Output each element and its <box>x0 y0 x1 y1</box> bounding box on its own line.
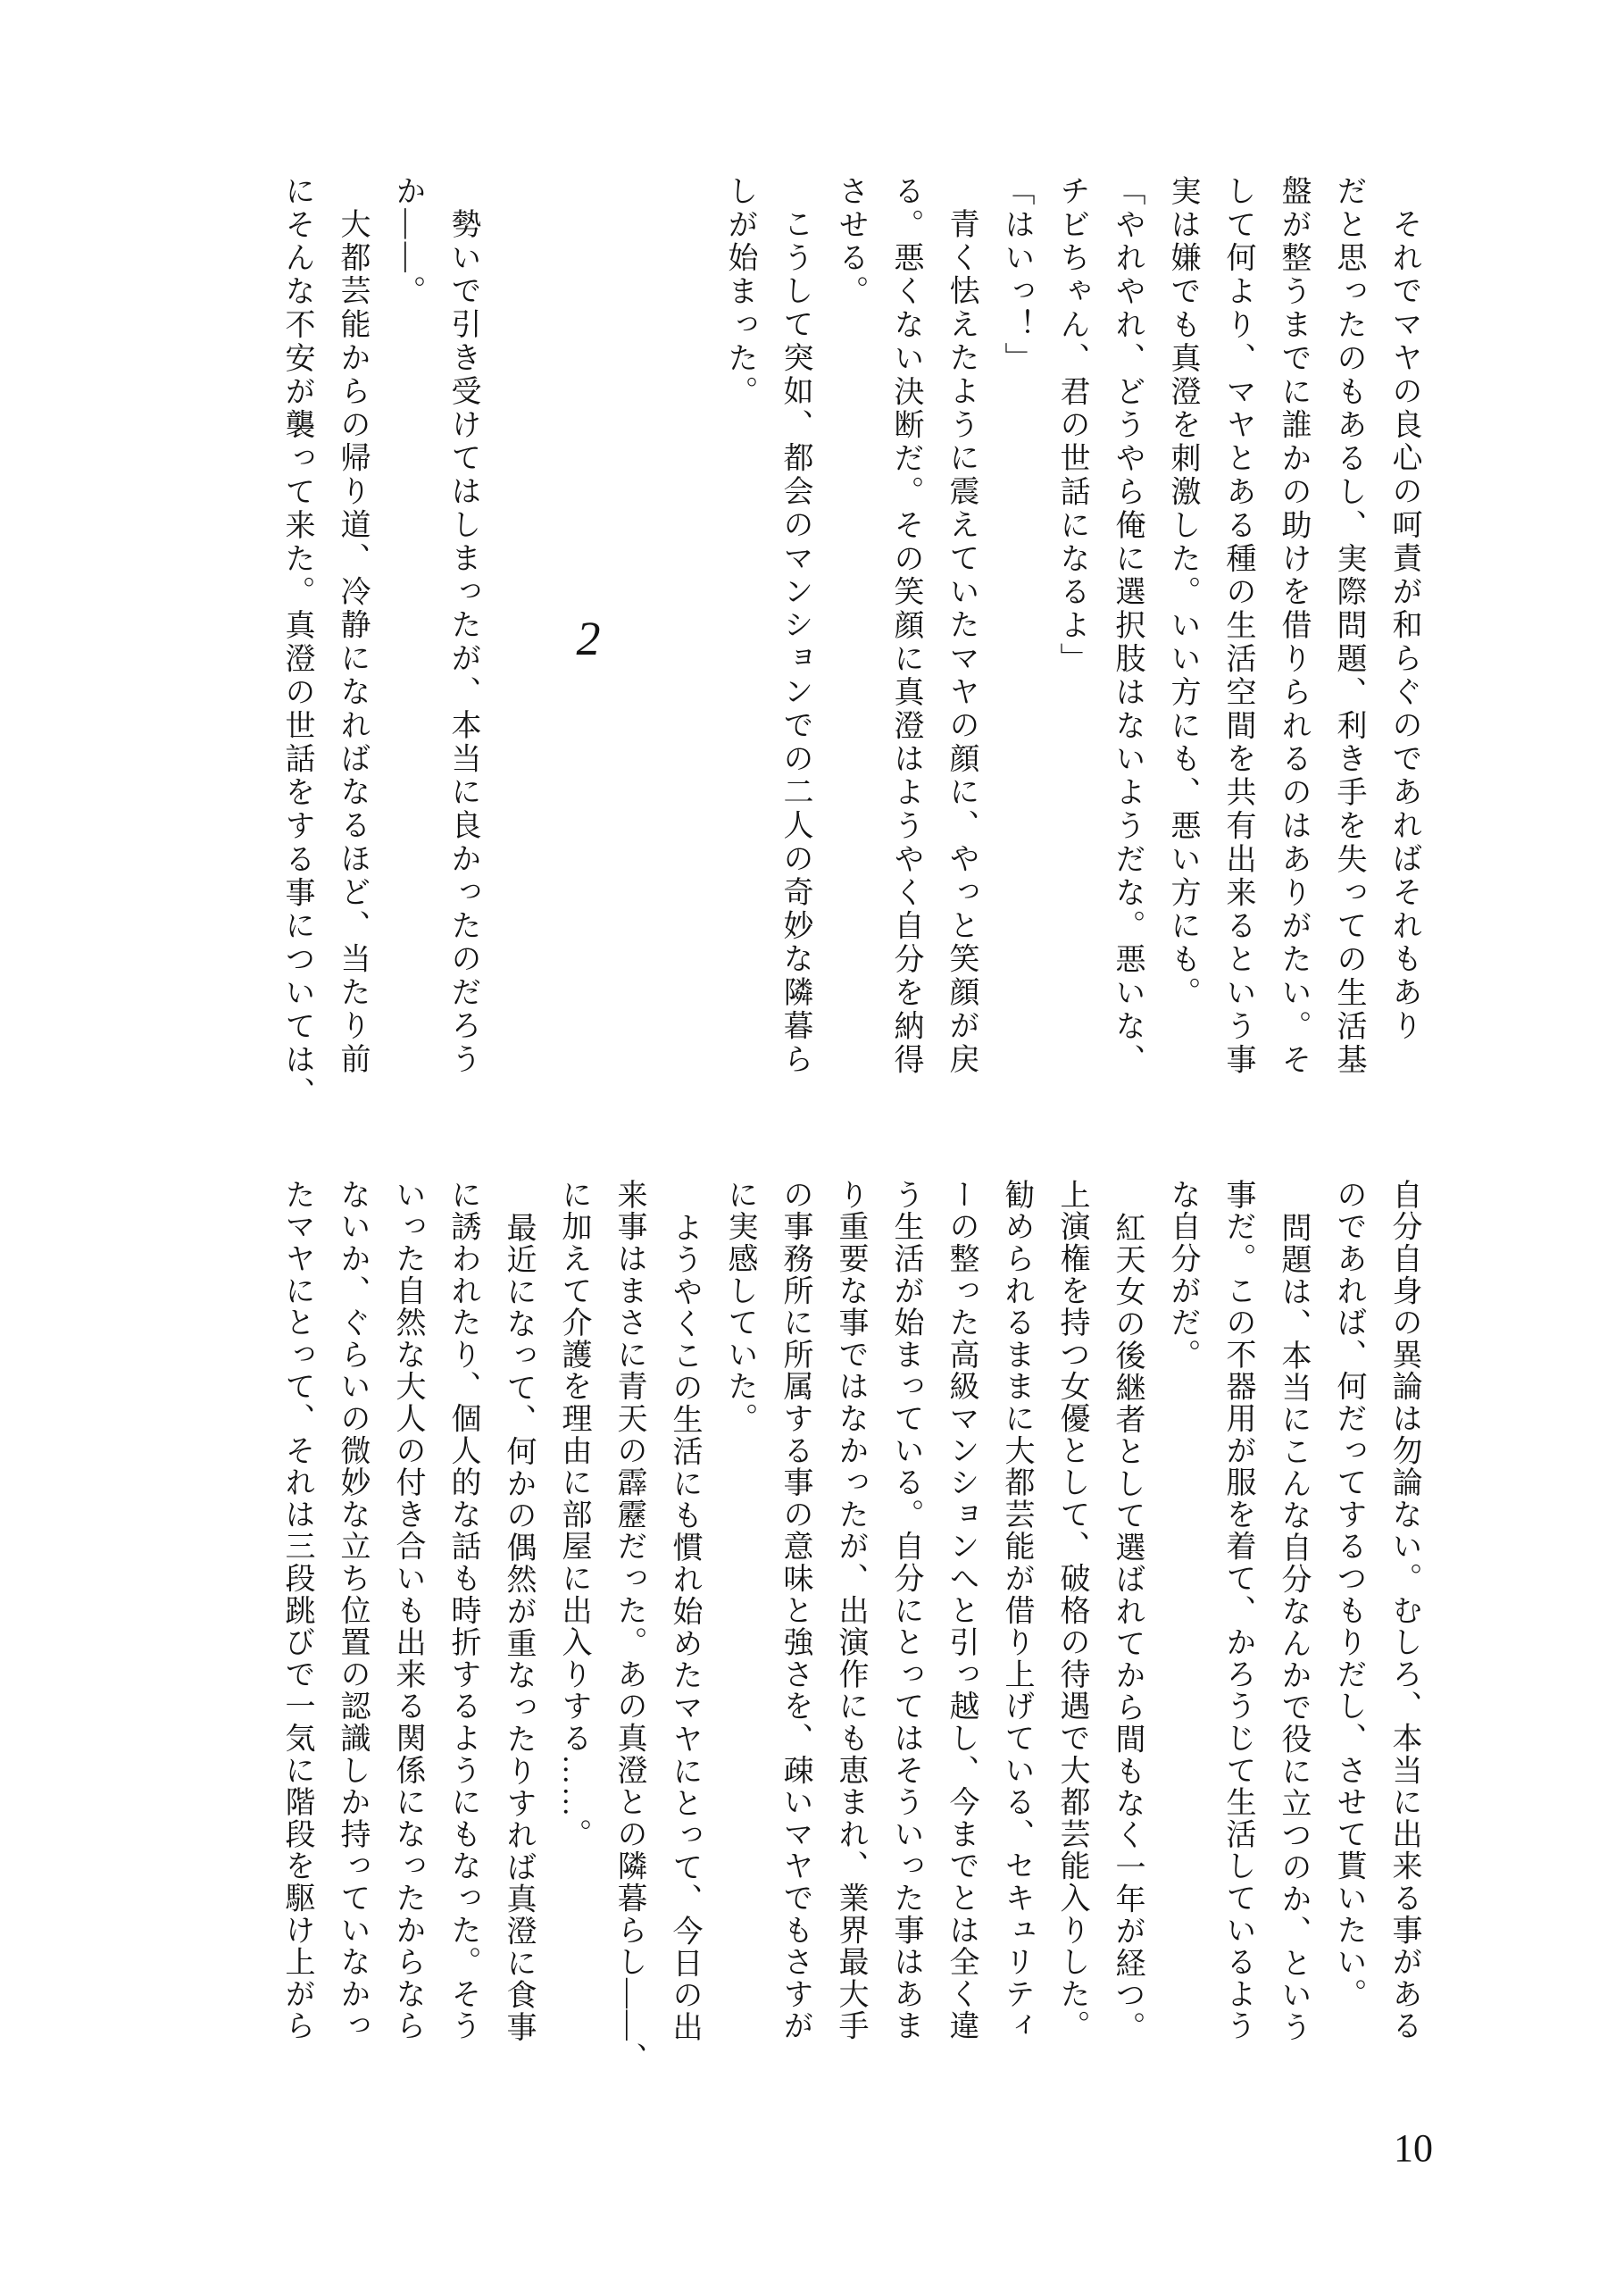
text-column: 事だ。この不器用が服を着て、かろうじて生活しているよう <box>1220 1179 1254 2042</box>
text-column: いった自然な大人の付き合いも出来る関係になったからなら <box>390 1179 424 2042</box>
text-column: チビちゃん、君の世話になるよ」 <box>1054 175 1088 676</box>
text-column: のであれば、何だってするつもりだし、させて貰いたい。 <box>1331 1179 1365 2010</box>
text-column: に実感していた。 <box>722 1179 756 1434</box>
text-column: たマヤにとって、それは三段跳びで一気に階段を駆け上がら <box>279 1179 313 2042</box>
section-divider-number: 2 <box>561 614 616 663</box>
text-column: 勧められるままに大都芸能が借り上げている、セキュリティ <box>999 1179 1033 2042</box>
text-column: 自分自身の異論は勿論ない。むしろ、本当に出来る事がある <box>1387 1179 1420 2042</box>
text-column: 青く怯えたように震えていたマヤの顔に、やっと笑顔が戻 <box>944 175 978 1076</box>
text-column: 問題は、本当にこんな自分なんかで役に立つのか、という <box>1276 1179 1310 2043</box>
text-column: 盤が整うまでに誰かの助けを借りられるのはありがたい。そ <box>1276 175 1310 1077</box>
bottom-text-block: 自分自身の異論は勿論ない。むしろ、本当に出来る事があるのであれば、何だってするつ… <box>279 1179 1420 2063</box>
text-column: ようやくこの生活にも慣れ始めたマヤにとって、今日の出 <box>667 1179 701 2043</box>
text-column: 「はいっ！」 <box>999 175 1033 375</box>
text-column: ないか、ぐらいの微妙な立ち位置の認識しか持っていなかっ <box>335 1179 369 2042</box>
top-text-block: それでマヤの良心の呵責が和らぐのであればそれもありだと思ったのもあるし、実際問題… <box>279 175 1420 1111</box>
text-column: しが始まった。 <box>722 175 756 409</box>
text-column: の事務所に所属する事の意味と強さを、疎いマヤでもさすが <box>778 1179 812 2042</box>
text-column: 紅天女の後継者として選ばれてから間もなく一年が経つ。 <box>1110 1179 1144 2043</box>
text-column: る。悪くない決断だ。その笑顔に真澄はようやく自分を納得 <box>888 175 922 1077</box>
text-column: に加えて介護を理由に部屋に出入りする……。 <box>556 1179 590 1850</box>
text-column: か――。 <box>390 175 424 309</box>
text-column: 大都芸能からの帰り道、冷静になればなるほど、当たり前 <box>335 175 369 1076</box>
text-column: して何より、マヤとある種の生活空間を共有出来るという事 <box>1220 175 1254 1077</box>
text-column: それでマヤの良心の呵責が和らぐのであればそれもあり <box>1387 175 1420 1043</box>
text-column: う生活が始まっている。自分にとってはそういった事はあま <box>888 1179 922 2042</box>
text-column: り重要な事ではなかったが、出演作にも恵まれ、業界最大手 <box>833 1179 867 2042</box>
document-page: それでマヤの良心の呵責が和らぐのであればそれもありだと思ったのもあるし、実際問題… <box>0 0 1624 2279</box>
text-column: させる。 <box>833 175 867 309</box>
text-column: 来事はまさに青天の霹靂だった。あの真澄との隣暮らし――、 <box>612 1179 645 2074</box>
text-column: 最近になって、何かの偶然が重なったりすれば真澄に食事 <box>501 1179 535 2043</box>
text-column: な自分がだ。 <box>1165 1179 1199 1371</box>
text-column: 上演権を持つ女優として、破格の待遇で大都芸能入りした。 <box>1054 1179 1088 2042</box>
text-column: に誘われたり、個人的な話も時折するようにもなった。そう <box>446 1179 479 2042</box>
text-column: ーの整った高級マンションへと引っ越し、今までとは全く違 <box>944 1179 978 2042</box>
page-number: 10 <box>1374 2127 1453 2170</box>
text-column: 勢いで引き受けてはしまったが、本当に良かったのだろう <box>446 175 479 1076</box>
text-column: 実は嫌でも真澄を刺激した。いい方にも、悪い方にも。 <box>1165 175 1199 1010</box>
text-column: 「やれやれ、どうやら俺に選択肢はないようだな。悪いな、 <box>1110 175 1144 1077</box>
text-column: にそんな不安が襲って来た。真澄の世話をする事については、 <box>279 175 313 1110</box>
text-column: こうして突如、都会のマンションでの二人の奇妙な隣暮ら <box>778 175 812 1076</box>
text-column: だと思ったのもあるし、実際問題、利き手を失っての生活基 <box>1331 175 1365 1077</box>
